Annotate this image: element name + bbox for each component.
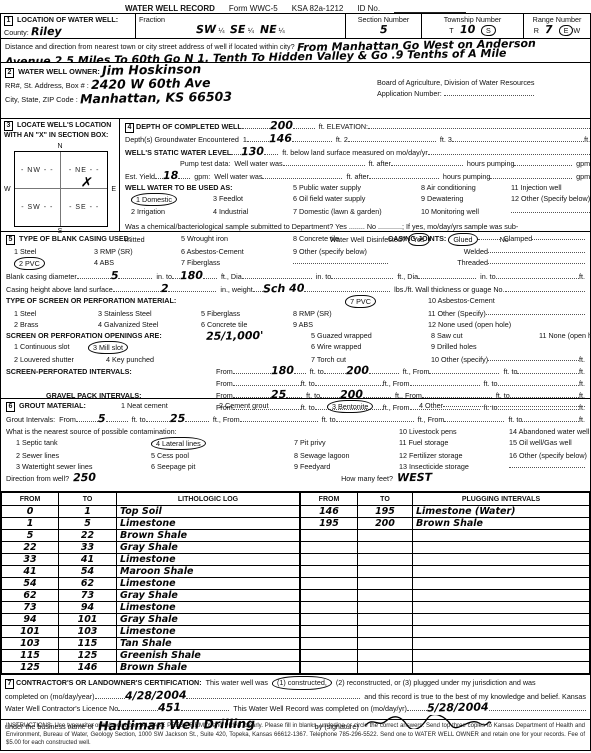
screen-material-title: TYPE OF SCREEN OR PERFORATION MATERIAL:	[6, 295, 293, 308]
selected-option-circle: 4 Lateral lines	[151, 437, 206, 450]
fraction-cell: Fraction SW ¼ SE ¼ NE ¼	[136, 14, 346, 38]
dotted-blank	[293, 257, 388, 264]
table-cell: 115	[2, 650, 59, 662]
cert-text-1: This water well was	[206, 677, 268, 689]
address-label: RR#, St. Address, Box # :	[5, 81, 89, 90]
dotted-blank	[369, 172, 439, 179]
static-level-label: WELL'S STATIC WATER LEVEL	[125, 147, 231, 159]
dotted-blank	[294, 367, 306, 374]
table-cell: Gray Shale	[117, 614, 300, 626]
est-yield-label: Est. Yield	[125, 171, 155, 183]
opening-option-2: 2 Louvered shutter	[6, 354, 88, 365]
log-tables: FROM TO LITHOLOGIC LOG 01Top Soil15Limes…	[1, 492, 590, 675]
dotted-blank	[113, 285, 161, 292]
screen-option-8: 8 RMP (SR)	[293, 308, 428, 319]
dotted-blank	[498, 379, 579, 386]
section3-title: LOCATE WELL'S LOCATION WITH AN "X" IN SE…	[4, 122, 111, 139]
joint-welded: Welded	[388, 246, 488, 257]
dotted-blank	[348, 135, 436, 142]
dotted-blank	[146, 415, 170, 422]
table-cell	[300, 590, 357, 602]
section-compass: N W - NW - - - NE - - - SW - - - SE - - …	[4, 142, 116, 236]
use-option-6: 6 Oil field water supply	[293, 193, 421, 206]
dotted-blank	[77, 272, 111, 279]
static-level-value: 130	[241, 145, 264, 156]
table-cell: Maroon Shale	[117, 566, 300, 578]
in-to: in. to	[480, 271, 496, 283]
quadrant-se: - SE - -	[61, 189, 107, 226]
use-option-5: 5 Public water supply	[293, 182, 421, 193]
quarter-symbol: ¼	[218, 26, 224, 35]
table-row: 7394Limestone	[2, 602, 300, 614]
dotted-blank	[253, 285, 263, 292]
selected-option-circle: 2 PVC	[14, 257, 45, 270]
contam-option-14: 14 Abandoned water well	[509, 426, 589, 437]
form-title: WATER WELL RECORD	[125, 4, 215, 13]
table-cell	[357, 554, 412, 566]
table-cell	[300, 626, 357, 638]
hours-pumping: hours pumping	[443, 171, 491, 183]
section4-number: 4	[125, 123, 134, 133]
contam-option-5: 5 Cess pool	[151, 450, 294, 461]
table-cell: Limestone	[117, 602, 300, 614]
table-cell: 5	[2, 530, 59, 542]
screen-option-3: 3 Stainless Steel	[98, 308, 201, 319]
table-cell: 146	[300, 506, 357, 518]
table-cell: 94	[2, 614, 59, 626]
water-well-record-page: WATER WELL RECORD Form WWC-5 KSA 82a-121…	[0, 0, 591, 753]
contam-option-7: 7 Pit privy	[294, 437, 399, 450]
township-s: S	[486, 26, 491, 35]
table-cell	[300, 566, 357, 578]
selected-option-circle: 7 PVC	[345, 295, 376, 308]
section5-number: 5	[6, 235, 15, 245]
contam-option-3: 3 Watertight sewer lines	[6, 461, 151, 472]
how-many-feet-value: WEST	[397, 471, 432, 483]
township-t: T	[449, 26, 453, 35]
ft-label: ft.	[579, 366, 585, 378]
groundwater-3-label: ft. 3	[440, 134, 452, 146]
table-cell: 5	[59, 518, 117, 530]
owner-left: 2 WATER WELL OWNER: Jim Hoskinson RR#, S…	[1, 63, 373, 118]
table-cell: Top Soil	[117, 506, 300, 518]
opening-option-7: 7 Torch cut	[311, 354, 431, 365]
owner-section: 2 WATER WELL OWNER: Jim Hoskinson RR#, S…	[1, 63, 590, 119]
casing-height-label: Casing height above land surface	[6, 284, 113, 296]
in-to: in. to	[156, 271, 172, 283]
ft-label: ft.	[579, 378, 585, 390]
table-row	[300, 638, 589, 650]
instructions-text: INSTRUCTIONS: Use typewriter or ball poi…	[1, 720, 590, 750]
table-cell: 1	[59, 506, 117, 518]
casing-title: TYPE OF BLANK CASING USED:	[19, 234, 131, 243]
use-option-1: 1 Domestic	[125, 193, 213, 206]
middle-section: 3 LOCATE WELL'S LOCATION WITH AN "X" IN …	[1, 119, 590, 232]
dotted-blank	[181, 704, 229, 711]
table-row	[300, 614, 589, 626]
range-value: 7	[545, 24, 553, 35]
table-row: 2233Gray Shale	[2, 542, 300, 554]
dotted-blank	[320, 391, 340, 398]
table-row: 01Top Soil	[2, 506, 300, 518]
dotted-blank	[488, 354, 579, 361]
range-r: R	[534, 26, 539, 35]
dotted-blank	[422, 391, 492, 398]
ft-to: ft. to	[484, 378, 498, 390]
selected-option-circle: 3 Mill slot	[88, 341, 128, 354]
location-row: 1 LOCATION OF WATER WELL: County: Riley …	[1, 14, 590, 39]
dotted-blank	[490, 172, 572, 179]
groundwater-1-value: 146	[269, 133, 292, 144]
plug-header-from: FROM	[300, 493, 357, 506]
compass-w: W	[4, 185, 11, 194]
table-cell	[412, 662, 589, 674]
cert-option-2-3: (2) reconstructed, or (3) plugged under …	[336, 677, 536, 689]
dotted-blank	[264, 148, 278, 155]
dotted-blank	[76, 415, 98, 422]
ksa-number: KSA 82a-1212	[292, 4, 344, 13]
dotted-blank	[510, 391, 579, 398]
constructed-circled: (1) constructed,	[272, 676, 332, 690]
table-cell: 54	[2, 578, 59, 590]
dotted-blank	[489, 704, 586, 711]
casing-option-9: 9 Other (specify below)	[293, 246, 388, 257]
screen-interval-from: 180	[271, 365, 294, 376]
dotted-blank	[304, 285, 390, 292]
casing-diameter-value: 5	[111, 270, 119, 281]
plug-header-desc: PLUGGING INTERVALS	[412, 493, 589, 506]
casing-diameter-label: Blank casing diameter	[6, 271, 77, 283]
table-cell: 200	[357, 518, 412, 530]
casing-height-value: 2	[161, 282, 169, 293]
table-row	[300, 662, 589, 674]
ft-from: ft., From	[403, 366, 430, 378]
contam-option-1: 1 Septic tank	[6, 437, 151, 450]
dotted-blank	[106, 415, 128, 422]
casing-weight-value: Sch 40	[263, 282, 305, 294]
dotted-blank	[186, 692, 360, 699]
table-row	[300, 542, 589, 554]
screen-intervals-label: SCREEN-PERFORATED INTERVALS:	[6, 366, 216, 378]
table-cell: 41	[2, 566, 59, 578]
wall-thickness-label: lbs./ft. Wall thickness or guage No.	[394, 284, 504, 296]
casing-option-8: 8 Concrete tile	[293, 233, 388, 246]
table-cell	[357, 662, 412, 674]
quarter-symbol: ¼	[279, 26, 285, 35]
table-cell	[300, 662, 357, 674]
fraction-3-value: NE	[260, 24, 277, 35]
table-cell: 54	[59, 566, 117, 578]
joint-clamped: Clamped	[504, 233, 533, 246]
table-row: 94101Gray Shale	[2, 614, 300, 626]
table-cell	[300, 554, 357, 566]
table-cell	[357, 590, 412, 602]
record-completed-value: 5/28/2004	[427, 701, 489, 713]
dotted-blank	[363, 391, 391, 398]
screen-option-10: 10 Asbestos-Cement	[428, 295, 495, 308]
table-cell: 41	[59, 554, 117, 566]
dotted-blank	[231, 148, 241, 155]
dotted-blank	[511, 206, 590, 213]
contam-option-15: 15 Oil well/Gas well	[509, 437, 572, 450]
dotted-blank	[331, 272, 393, 279]
static-level-after: ft. below land surface measured on mo/da…	[282, 147, 427, 159]
section2-number: 2	[5, 68, 14, 78]
table-cell: 146	[59, 662, 117, 674]
section-number-value: 5	[380, 24, 388, 35]
casing-option-3: 3 RMP (SR)	[94, 246, 181, 257]
casing-option-2: 2 PVC	[6, 257, 94, 270]
dotted-blank	[293, 122, 315, 129]
table-cell	[412, 626, 589, 638]
table-cell	[357, 542, 412, 554]
dotted-blank	[418, 272, 476, 279]
dotted-blank	[368, 122, 590, 129]
dotted-blank	[178, 172, 190, 179]
table-cell: Limestone	[117, 554, 300, 566]
table-row	[300, 566, 589, 578]
screen-option-7: 7 PVC	[293, 295, 428, 308]
compass-e: E	[111, 185, 116, 194]
openings-value: 25/1,000'	[206, 329, 311, 342]
table-cell	[357, 650, 412, 662]
table-cell: Gray Shale	[117, 542, 300, 554]
casing-option-1: 1 Steel	[6, 246, 94, 257]
opening-option-1: 1 Continuous slot	[6, 341, 88, 354]
use-option-10: 10 Monitoring well	[421, 206, 511, 217]
table-cell: 62	[2, 590, 59, 602]
table-cell: 195	[357, 506, 412, 518]
direction-value: 250	[73, 471, 96, 482]
selected-option-circle: 1 Domestic	[131, 193, 177, 206]
casing-joints-label: CASING JOINTS:	[388, 233, 446, 246]
contam-option-9: 9 Feedyard	[294, 461, 399, 472]
id-blank	[394, 5, 466, 13]
table-cell	[412, 614, 589, 626]
well-water-was: Well water was	[234, 158, 282, 170]
gpm-colon: gpm:	[194, 171, 210, 183]
table-row	[300, 626, 589, 638]
grout-section: 6 GROUT MATERIAL: 1 Neat cement 2 Cement…	[1, 399, 590, 492]
table-row	[300, 602, 589, 614]
dotted-blank	[428, 148, 590, 155]
ft-to: ft. to	[301, 378, 315, 390]
table-row: 6273Gray Shale	[2, 590, 300, 602]
casing-option-6: 6 Asbestos-Cement	[181, 246, 293, 257]
table-cell	[412, 650, 589, 662]
dotted-blank	[452, 135, 584, 142]
contam-option-4: 4 Lateral lines	[151, 437, 294, 450]
in-to: in. to	[316, 271, 332, 283]
certification-section: 7 CONTRACTOR'S OR LANDOWNER'S CERTIFICAT…	[1, 675, 590, 720]
certification-title: CONTRACTOR'S OR LANDOWNER'S CERTIFICATIO…	[16, 677, 202, 689]
dotted-blank	[443, 400, 585, 407]
log-header-desc: LITHOLOGIC LOG	[117, 493, 300, 506]
dotted-blank	[155, 172, 163, 179]
dotted-blank	[444, 89, 534, 96]
joint-glued: Glued	[453, 235, 472, 244]
cert-option-1: (1) constructed,	[277, 678, 327, 687]
contamination-label: What is the nearest source of possible c…	[6, 426, 399, 437]
opening-option-11: 11 None (open hole)	[539, 330, 591, 341]
table-cell: Limestone	[117, 518, 300, 530]
grout-option-1: 1 Neat cement	[121, 400, 219, 413]
dotted-blank	[185, 415, 209, 422]
dotted-blank	[172, 272, 180, 279]
id-label: ID No.	[357, 4, 380, 13]
table-cell	[300, 650, 357, 662]
section7-number: 7	[5, 679, 14, 689]
hours-pumping: hours pumping	[467, 158, 515, 170]
table-cell: Greenish Shale	[117, 650, 300, 662]
table-cell: 33	[59, 542, 117, 554]
quarter-symbol: ¼	[248, 26, 254, 35]
table-cell	[412, 566, 589, 578]
table-row	[300, 590, 589, 602]
table-cell: 101	[2, 626, 59, 638]
dotted-blank	[168, 285, 216, 292]
range-e: E	[564, 26, 569, 35]
section3-number: 3	[4, 121, 13, 131]
plug-header-to: TO	[357, 493, 412, 506]
dotted-blank	[242, 122, 270, 129]
form-body: 1 LOCATION OF WATER WELL: County: Riley …	[0, 13, 591, 751]
dotted-blank	[324, 367, 346, 374]
ft-to: ft. to	[322, 414, 336, 426]
table-cell: Limestone	[117, 626, 300, 638]
plugging-intervals-table: FROM TO PLUGGING INTERVALS 146195Limesto…	[300, 492, 590, 674]
dotted-blank	[233, 367, 271, 374]
form-title-bar: WATER WELL RECORD Form WWC-5 KSA 82a-121…	[0, 0, 591, 13]
table-cell	[300, 638, 357, 650]
table-cell: Brown Shale	[117, 530, 300, 542]
section-number-cell: Section Number 5	[346, 14, 422, 38]
table-cell	[357, 602, 412, 614]
table-cell	[300, 530, 357, 542]
table-row: 146195Limestone (Water)	[300, 506, 589, 518]
casing-depth-value: 180	[180, 270, 203, 281]
ft-label: ft.	[579, 354, 585, 365]
ft-to: ft. to	[508, 414, 522, 426]
owner-title: WATER WELL OWNER:	[18, 67, 100, 76]
city-value: Manhattan, KS 66503	[80, 91, 232, 106]
location-cell: 1 LOCATION OF WATER WELL: County: Riley	[1, 14, 136, 38]
how-many-feet-label: How many feet?	[341, 473, 393, 485]
table-row: 15Limestone	[2, 518, 300, 530]
dotted-blank	[478, 233, 500, 240]
screen-option-1: 1 Steel	[6, 308, 98, 319]
table-cell	[357, 638, 412, 650]
casing-option-5: 5 Wrought iron	[181, 233, 293, 246]
ft-to: ft. to	[132, 414, 146, 426]
dotted-blank	[486, 308, 585, 315]
dotted-blank	[488, 246, 585, 253]
use-option-8: 8 Air conditioning	[421, 182, 511, 193]
contam-option-16: 16 Other (specify below)	[509, 450, 587, 461]
ft-after: ft. after	[346, 171, 368, 183]
gpm-label: gpm	[576, 158, 590, 170]
dotted-blank	[517, 367, 579, 374]
table-cell: 73	[2, 602, 59, 614]
table-cell: 125	[2, 662, 59, 674]
contam-option-13: 13 Insecticide storage	[399, 461, 509, 472]
table-cell: 94	[59, 602, 117, 614]
section-box-panel: 3 LOCATE WELL'S LOCATION WITH AN "X" IN …	[1, 119, 120, 231]
dotted-blank	[242, 272, 312, 279]
log-header-from: FROM	[2, 493, 59, 506]
use-option-7: 7 Domestic (lawn & garden)	[293, 206, 421, 217]
dotted-blank	[240, 415, 318, 422]
dotted-blank	[283, 159, 365, 166]
dotted-blank	[514, 159, 572, 166]
well-water-was: Well water was	[214, 171, 262, 183]
dotted-blank	[292, 135, 332, 142]
contam-option-10: 10 Livestock pens	[399, 426, 509, 437]
section1-title: LOCATION OF WATER WELL:	[17, 15, 118, 24]
opening-option-10: 10 Other (specify)	[431, 354, 488, 365]
distance-row: Distance and direction from nearest town…	[1, 39, 590, 63]
table-cell: 73	[59, 590, 117, 602]
dotted-blank	[391, 159, 463, 166]
est-yield-value: 18	[163, 169, 179, 180]
from-label: From	[216, 366, 233, 378]
board-line: Board of Agriculture, Division of Water …	[377, 77, 584, 88]
dotted-blank	[509, 461, 585, 468]
well-location-x-mark: ✗	[80, 175, 94, 190]
grout-option-2: 2 Cement grout	[219, 400, 327, 413]
screen-option-2: 2 Brass	[6, 319, 98, 330]
dotted-blank	[118, 704, 158, 711]
opening-option-6: 6 Wire wrapped	[311, 341, 431, 354]
table-row	[300, 650, 589, 662]
grout-option-4: 4 Other	[419, 400, 443, 413]
opening-option-5: 5 Guazed wrapped	[311, 330, 431, 341]
completed-on-label: completed on (mo/day/year)	[5, 691, 95, 703]
range-e-circled: E	[559, 25, 574, 36]
table-cell	[412, 530, 589, 542]
grout-title: GROUT MATERIAL:	[19, 401, 86, 410]
form-number: Form WWC-5	[229, 4, 278, 13]
gravel-pack-from: 25	[271, 389, 287, 400]
table-cell: 103	[2, 638, 59, 650]
table-cell	[300, 614, 357, 626]
contam-option-12: 12 Fertilizer storage	[399, 450, 509, 461]
table-cell	[357, 626, 412, 638]
table-cell	[412, 602, 589, 614]
direction-label: Direction from well?	[6, 473, 69, 485]
use-option-12: 12 Other (Specify below)	[511, 193, 590, 206]
range-label: Range Number	[527, 15, 587, 24]
screen-interval-to: 200	[346, 365, 369, 376]
opening-option-9: 9 Drilled holes	[431, 341, 477, 354]
ft-label: ft.	[584, 134, 590, 146]
dotted-blank	[410, 379, 480, 386]
ft-to: ft. to	[310, 366, 324, 378]
licence-label: Water Well Contractor's Licence No	[5, 703, 118, 715]
dotted-blank	[286, 391, 302, 398]
table-cell	[357, 566, 412, 578]
ft-dia: ft., Dia	[221, 271, 242, 283]
dotted-blank	[369, 367, 399, 374]
dotted-blank	[444, 415, 504, 422]
table-cell: 22	[2, 542, 59, 554]
use-as-label: WELL WATER TO BE USED AS:	[125, 182, 293, 193]
table-cell	[300, 578, 357, 590]
use-option-3: 3 Feedlot	[213, 193, 293, 206]
dotted-blank	[233, 379, 301, 386]
dotted-blank	[118, 272, 152, 279]
screen-option-4: 4 Galvanized Steel	[98, 319, 201, 330]
